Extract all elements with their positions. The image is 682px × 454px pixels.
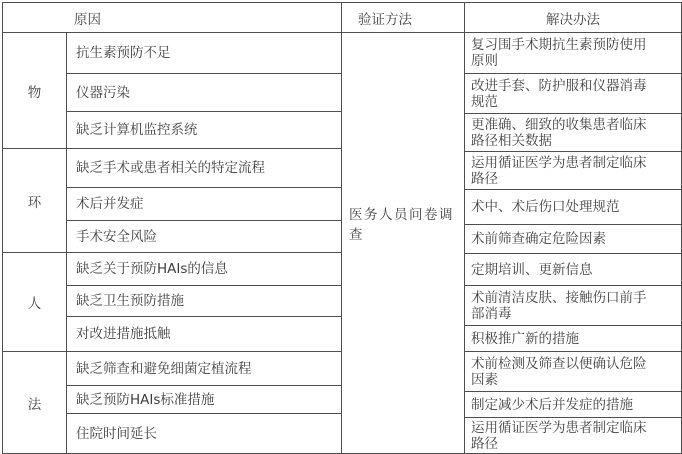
cause-group-fa: 法 缺乏筛查和避免细菌定植流程 缺乏预防HAIs标准措施 住院时间延长	[3, 352, 341, 453]
verification-method-text: 医务人员问卷调 查	[342, 205, 458, 245]
cause-item: 住院时间延长	[67, 414, 341, 453]
solution-item: 术中、术后伤口处理规范	[465, 190, 681, 225]
category-cell: 物	[3, 33, 67, 148]
cause-item: 缺乏筛查和避免细菌定植流程	[67, 352, 341, 386]
cause-item: 缺乏手术或患者相关的特定流程	[67, 149, 341, 188]
cause-item: 缺乏关于预防HAIs的信息	[67, 253, 341, 286]
header-cause-cell: 原因	[3, 3, 342, 32]
cause-item: 缺乏计算机监控系统	[67, 112, 341, 148]
cause-item: 仪器污染	[67, 74, 341, 112]
solution-item: 运用循证医学为患者制定临床 路径	[465, 152, 681, 190]
cause-group-huan: 环 缺乏手术或患者相关的特定流程 术后并发症 手术安全风险	[3, 149, 341, 253]
solution-item: 术前筛查确定危险因素	[465, 225, 681, 254]
cause-items: 缺乏关于预防HAIs的信息 缺乏卫生预防措施 对改进措施抵触	[67, 253, 341, 351]
cause-items: 缺乏手术或患者相关的特定流程 术后并发症 手术安全风险	[67, 149, 341, 252]
screenshot-canvas: 原因 验证方法 解决办法 物 抗生素预防不足 仪器污染 缺乏计算机监控系统 环	[0, 0, 682, 454]
solution-item: 运用循证医学为患者制定临床 路径	[465, 418, 681, 453]
causes-section: 物 抗生素预防不足 仪器污染 缺乏计算机监控系统 环 缺乏手术或患者相关的特定流…	[3, 33, 342, 453]
solution-item: 复习围手术期抗生素预防使用 原则	[465, 33, 681, 74]
header-solution-cell: 解决办法	[465, 3, 681, 32]
cause-group-wu: 物 抗生素预防不足 仪器污染 缺乏计算机监控系统	[3, 33, 341, 149]
cause-items: 抗生素预防不足 仪器污染 缺乏计算机监控系统	[67, 33, 341, 148]
cause-item: 手术安全风险	[67, 221, 341, 252]
cause-item: 抗生素预防不足	[67, 33, 341, 74]
solution-item: 改进手套、防护服和仪器消毒 规范	[465, 74, 681, 114]
cause-item: 术后并发症	[67, 188, 341, 221]
category-cell: 环	[3, 149, 67, 252]
category-cell: 人	[3, 253, 67, 351]
cause-item: 缺乏卫生预防措施	[67, 286, 341, 317]
category-cell: 法	[3, 352, 67, 453]
solution-item: 定期培训、更新信息	[465, 254, 681, 286]
cause-item: 缺乏预防HAIs标准措施	[67, 386, 341, 414]
solutions-section: 复习围手术期抗生素预防使用 原则 改进手套、防护服和仪器消毒 规范 更准确、细致…	[465, 33, 681, 453]
solution-item: 术前检测及筛查以便确认危险 因素	[465, 352, 681, 392]
solution-item: 制定减少术后并发症的措施	[465, 392, 681, 418]
table-header-row: 原因 验证方法 解决办法	[3, 3, 681, 33]
cause-solution-table: 原因 验证方法 解决办法 物 抗生素预防不足 仪器污染 缺乏计算机监控系统 环	[2, 2, 682, 454]
cause-items: 缺乏筛查和避免细菌定植流程 缺乏预防HAIs标准措施 住院时间延长	[67, 352, 341, 453]
cause-group-ren: 人 缺乏关于预防HAIs的信息 缺乏卫生预防措施 对改进措施抵触	[3, 253, 341, 352]
solution-item: 更准确、细致的收集患者临床 路径相关数据	[465, 114, 681, 152]
solution-item: 术前清洁皮肤、接触伤口前手 部消毒	[465, 286, 681, 326]
header-verification-cell: 验证方法	[342, 3, 465, 32]
solution-item: 积极推广新的措施	[465, 326, 681, 352]
table-body: 物 抗生素预防不足 仪器污染 缺乏计算机监控系统 环 缺乏手术或患者相关的特定流…	[3, 33, 681, 453]
verification-method-cell: 医务人员问卷调 查	[342, 33, 465, 453]
cause-item: 对改进措施抵触	[67, 317, 341, 351]
